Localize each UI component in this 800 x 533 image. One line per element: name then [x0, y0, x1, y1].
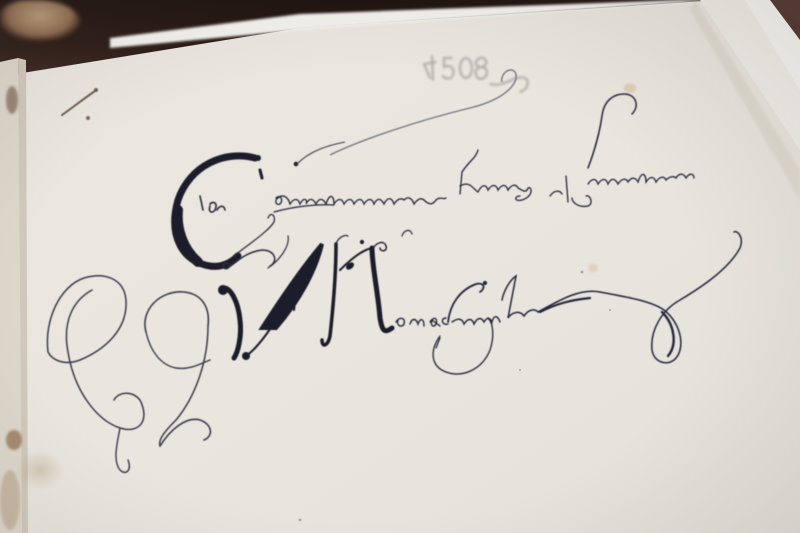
line1-word4: евангелие — [546, 166, 617, 185]
shelfmark-number: 4508 — [420, 52, 480, 77]
line1-word2: богодухновенная — [270, 178, 396, 197]
monogram: ВЛМ — [60, 300, 216, 370]
corner-mark-text: 1 — [70, 90, 80, 109]
line2-word: онастыря — [392, 300, 474, 318]
photograph: 4508 1 ія богодухновенная книга евангели… — [0, 0, 800, 533]
initial-letter: С — [180, 180, 226, 250]
line1-word3: книга — [428, 178, 467, 193]
